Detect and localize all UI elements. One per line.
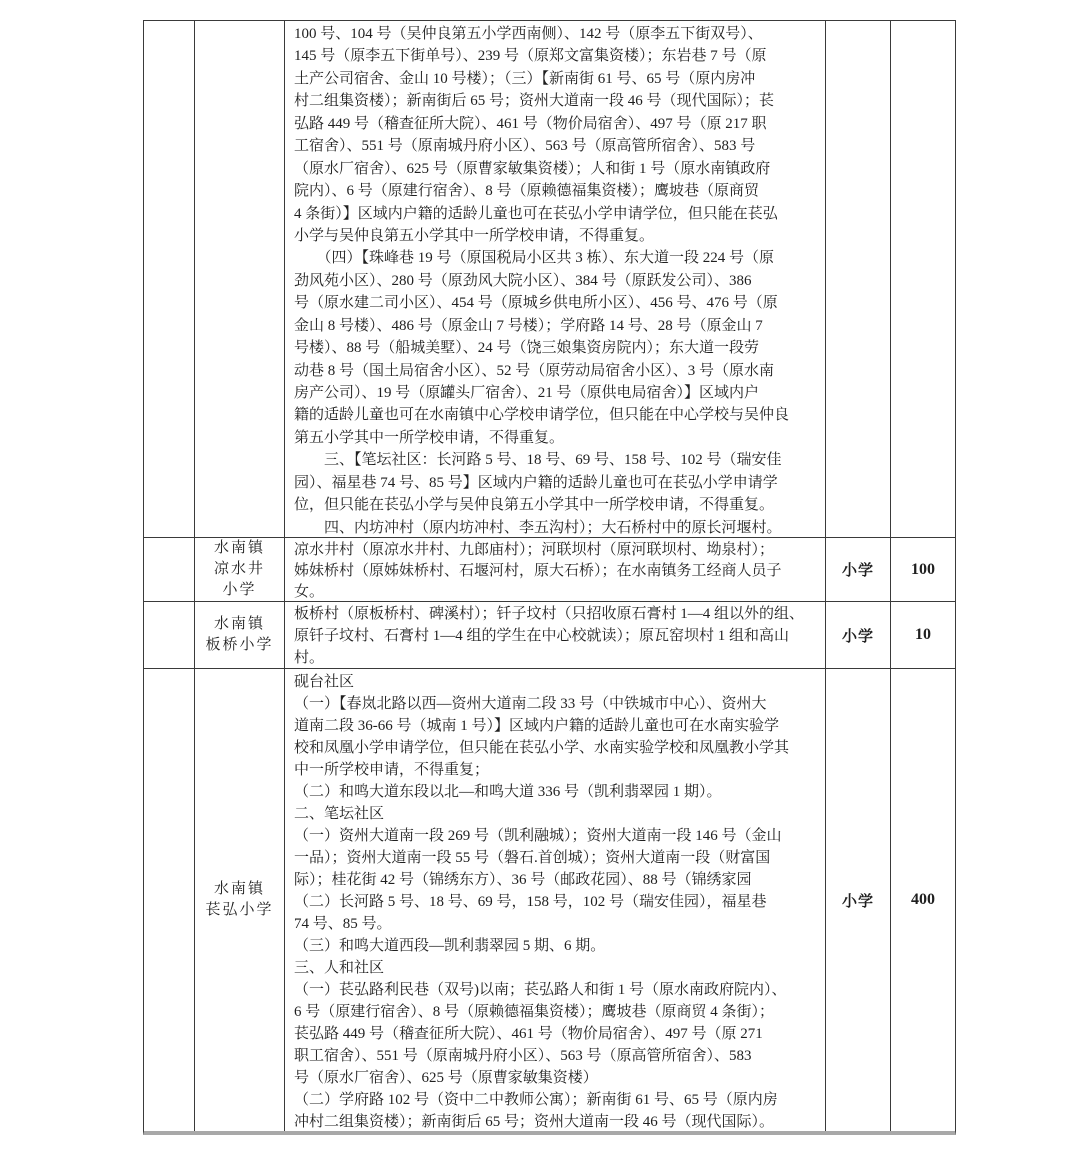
zone-text-line: 村二组集资楼）；新南街后 65 号；资州大道南一段 46 号（现代国际）；苌 <box>294 90 821 112</box>
zone-text-line: 三、【笔坛社区：长河路 5 号、18 号、69 号、158 号、102 号（瑞安… <box>294 449 821 471</box>
zone-text-line: 第五小学其中一所学校申请，不得重复。 <box>294 427 821 449</box>
zone-text-line: （一）资州大道南一段 269 号（凯利融城）；资州大道南一段 146 号（金山 <box>294 825 821 847</box>
zone-text-line: 号（原水厂宿舍）、625 号（原曹家敏集资楼） <box>294 1067 821 1089</box>
school-type-cell: 小学 <box>826 669 891 1131</box>
zone-text-line: 二、笔坛社区 <box>294 803 821 825</box>
school-name-line: 苌弘小学 <box>205 900 273 921</box>
zone-text-line: 房产公司）、19 号（原罐头厂宿舍）、21 号（原供电局宿舍）】区域内户 <box>294 382 821 404</box>
school-name-cell: 水南镇凉水井小学 <box>195 538 285 601</box>
zone-text-line: 74 号、85 号。 <box>294 913 821 935</box>
zone-text-line: 工宿舍）、551 号（原南城丹府小区）、563 号（原高管所宿舍）、583 号 <box>294 135 821 157</box>
zone-text-line: （二）和鸣大道东段以北—和鸣大道 336 号（凯利翡翠园 1 期）。 <box>294 781 821 803</box>
zone-text-line: 号（原水建二司小区）、454 号（原城乡供电所小区）、456 号、476 号（原 <box>294 292 821 314</box>
table-row: 水南镇板桥小学板桥村（原板桥村、碑溪村）；钎子坟村（只招收原石膏村 1—4 组以… <box>144 602 955 669</box>
zone-text-line: 姊妹桥村（原姊妹桥村、石堰河村，原大石桥）；在水南镇务工经商人员子 <box>294 561 821 582</box>
zone-text-line: 中一所学校申请，不得重复； <box>294 759 821 781</box>
zone-text-line: （二）学府路 102 号（资中二中教师公寓）；新南街 61 号、65 号（原内房 <box>294 1089 821 1111</box>
zone-text-line: 冲村二组集资楼）；新南街后 65 号；资州大道南一段 46 号（现代国际）。 <box>294 1111 821 1131</box>
sequence-cell <box>144 538 195 601</box>
zone-text-line: 劲风苑小区）、280 号（原劲风大院小区）、384 号（原跃发公司）、386 <box>294 270 821 292</box>
zone-text-line: 籍的适龄儿童也可在水南镇中心学校申请学位，但只能在中心学校与吴仲良 <box>294 404 821 426</box>
table-row: 100 号、104 号（吴仲良第五小学西南侧）、142 号（原李五下街双号）、1… <box>144 21 955 538</box>
enrollment-quota-cell: 100 <box>891 538 955 601</box>
zone-text-line: 苌弘路 449 号（稽查征所大院）、461 号（物价局宿舍）、497 号（原 2… <box>294 1023 821 1045</box>
sequence-cell <box>144 669 195 1131</box>
zone-text-line: 小学与吴仲良第五小学其中一所学校申请，不得重复。 <box>294 225 821 247</box>
table-row: 水南镇苌弘小学砚台社区（一）【春岚北路以西—资州大道南二段 33 号（中铁城市中… <box>144 669 955 1131</box>
enrollment-quota-cell: 10 <box>891 602 955 668</box>
zone-text-line: 园）、福星巷 74 号、85 号】区域内户籍的适龄儿童也可在苌弘小学申请学 <box>294 472 821 494</box>
school-name-cell <box>195 21 285 537</box>
zone-text-line: 凉水井村（原凉水井村、九郎庙村）；河联坝村（原河联坝村、坳泉村）； <box>294 540 821 561</box>
zone-text-line: 位，但只能在苌弘小学与吴仲良第五小学其中一所学校申请，不得重复。 <box>294 494 821 516</box>
zone-text-line: 100 号、104 号（吴仲良第五小学西南侧）、142 号（原李五下街双号）、 <box>294 23 821 45</box>
zone-text-line: 动巷 8 号（国土局宿舍小区）、52 号（原劳动局宿舍小区）、3 号（原水南 <box>294 360 821 382</box>
school-name-line: 小学 <box>222 580 256 601</box>
school-name-line: 水南镇 <box>214 538 265 559</box>
enrollment-quota-cell <box>891 21 955 537</box>
zone-text-line: 6 号（原建行宿舍）、8 号（原赖德福集资楼）；鹰坡巷（原商贸 4 条街）； <box>294 1001 821 1023</box>
zone-text-line: （四）【珠峰巷 19 号（原国税局小区共 3 栋）、东大道一段 224 号（原 <box>294 247 821 269</box>
district-zone-cell: 板桥村（原板桥村、碑溪村）；钎子坟村（只招收原石膏村 1—4 组以外的组、原钎子… <box>285 602 826 668</box>
zone-text-line: （一）苌弘路利民巷（双号)以南；苌弘路人和街 1 号（原水南政府院内）、 <box>294 979 821 1001</box>
zone-text-line: 145 号（原李五下街单号）、239 号（原郑文富集资楼）；东岩巷 7 号（原 <box>294 45 821 67</box>
school-type-cell: 小学 <box>826 538 891 601</box>
school-name-line: 板桥小学 <box>205 635 273 656</box>
school-district-table: 100 号、104 号（吴仲良第五小学西南侧）、142 号（原李五下街双号）、1… <box>143 20 956 1135</box>
zone-text-line: 道南二段 36-66 号（城南 1 号）】区域内户籍的适龄儿童也可在水南实验学 <box>294 715 821 737</box>
zone-text-line: 砚台社区 <box>294 671 821 693</box>
school-name-cell: 水南镇板桥小学 <box>195 602 285 668</box>
school-name-line: 水南镇 <box>214 879 265 900</box>
zone-text-line: 土产公司宿舍、金山 10 号楼）；（三）【新南街 61 号、65 号（原内房冲 <box>294 68 821 90</box>
zone-text-line: 弘路 449 号（稽查征所大院）、461 号（物价局宿舍）、497 号（原 21… <box>294 113 821 135</box>
school-name-cell: 水南镇苌弘小学 <box>195 669 285 1131</box>
enrollment-quota-cell: 400 <box>891 669 955 1131</box>
zone-text-line: 女。 <box>294 582 821 601</box>
zone-text-line: 院内）、6 号（原建行宿舍）、8 号（原赖德福集资楼）；鹰坡巷（原商贸 <box>294 180 821 202</box>
zone-text-line: 村。 <box>294 648 821 668</box>
zone-text-line: 板桥村（原板桥村、碑溪村）；钎子坟村（只招收原石膏村 1—4 组以外的组、 <box>294 604 821 626</box>
district-zone-cell: 凉水井村（原凉水井村、九郎庙村）；河联坝村（原河联坝村、坳泉村）；姊妹桥村（原姊… <box>285 538 826 601</box>
zone-text-line: 金山 8 号楼）、486 号（原金山 7 号楼）；学府路 14 号、28 号（原… <box>294 315 821 337</box>
table-row: 水南镇凉水井小学凉水井村（原凉水井村、九郎庙村）；河联坝村（原河联坝村、坳泉村）… <box>144 538 955 602</box>
sequence-cell <box>144 21 195 537</box>
zone-text-line: 三、人和社区 <box>294 957 821 979</box>
school-type-cell <box>826 21 891 537</box>
zone-text-line: 际）；桂花街 42 号（锦绣东方）、36 号（邮政花园）、88 号（锦绣家园 <box>294 869 821 891</box>
sequence-cell <box>144 602 195 668</box>
zone-text-line: 校和凤凰小学申请学位，但只能在苌弘小学、水南实验学校和凤凰教小学其 <box>294 737 821 759</box>
zone-text-line: 号楼）、88 号（船城美墅）、24 号（饶三娘集资房院内）；东大道一段劳 <box>294 337 821 359</box>
school-type-cell: 小学 <box>826 602 891 668</box>
zone-text-line: 4 条街）】区域内户籍的适龄儿童也可在苌弘小学申请学位，但只能在苌弘 <box>294 203 821 225</box>
school-name-line: 凉水井 <box>214 559 265 580</box>
zone-text-line: 职工宿舍）、551 号（原南城丹府小区）、563 号（原高管所宿舍）、583 <box>294 1045 821 1067</box>
zone-text-line: 原钎子坟村、石膏村 1—4 组的学生在中心校就读）；原瓦窑坝村 1 组和高山 <box>294 626 821 648</box>
zone-text-line: （二）长河路 5 号、18 号、69 号，158 号，102 号（瑞安佳园），福… <box>294 891 821 913</box>
school-name-line: 水南镇 <box>214 614 265 635</box>
zone-text-line: （一）【春岚北路以西—资州大道南二段 33 号（中铁城市中心）、资州大 <box>294 693 821 715</box>
district-zone-cell: 砚台社区（一）【春岚北路以西—资州大道南二段 33 号（中铁城市中心）、资州大道… <box>285 669 826 1131</box>
zone-text-line: 一品）；资州大道南一段 55 号（磐石.首创城）；资州大道南一段（财富国 <box>294 847 821 869</box>
zone-text-line: （三）和鸣大道西段—凯利翡翠园 5 期、6 期。 <box>294 935 821 957</box>
zone-text-line: （原水厂宿舍）、625 号（原曹家敏集资楼）；人和街 1 号（原水南镇政府 <box>294 158 821 180</box>
zone-text-line: 四、内坊冲村（原内坊冲村、李五沟村）；大石桥村中的原长河堰村。 <box>294 517 821 537</box>
district-zone-cell: 100 号、104 号（吴仲良第五小学西南侧）、142 号（原李五下街双号）、1… <box>285 21 826 537</box>
